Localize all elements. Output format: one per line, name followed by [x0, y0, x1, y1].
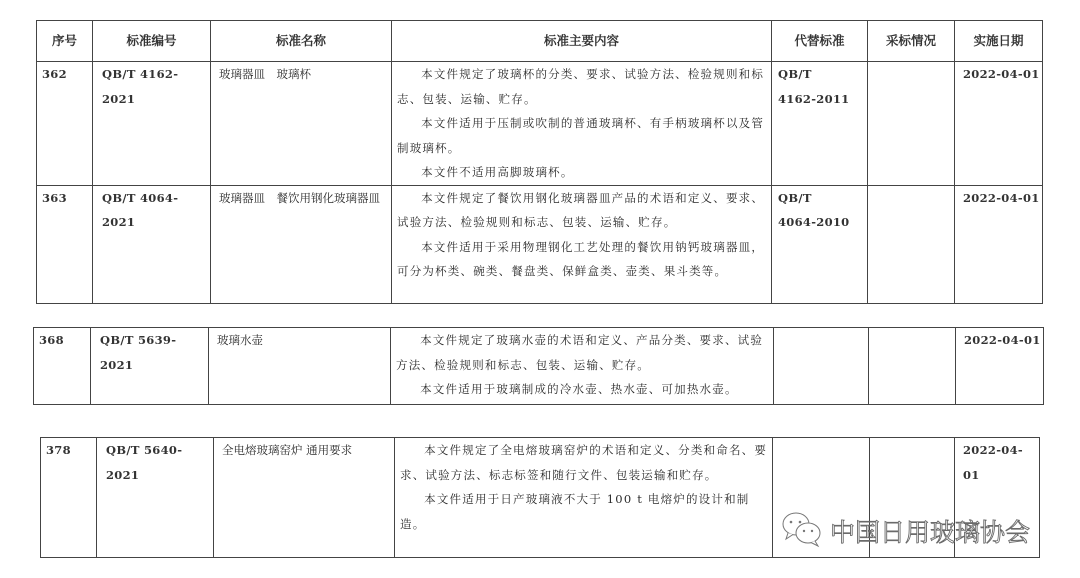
header-code: 标准编号: [93, 21, 211, 62]
standards-table-block-1: 序号 标准编号 标准名称 标准主要内容 代替标准 采标情况 实施日期 362 Q…: [36, 20, 1043, 304]
replaces-line: QB/T: [778, 62, 867, 87]
row-name: 玻璃器皿 玻璃杯: [211, 62, 392, 186]
row-adoption: [869, 328, 956, 405]
content-paragraph: 本文件规定了全电熔玻璃窑炉的术语和定义、分类和命名、要求、试验方法、标志标签和随…: [400, 438, 768, 487]
row-no: 363: [37, 185, 93, 303]
content-paragraph: 本文件适用于压制或吹制的普通玻璃杯、有手柄玻璃杯以及管制玻璃杯。: [397, 111, 767, 160]
row-date: 2022-04-01: [955, 185, 1043, 303]
replaces-line: 4162-2011: [778, 87, 867, 112]
row-name: 玻璃器皿 餐饮用钢化玻璃器皿: [211, 185, 392, 303]
row-replaces: QB/T 4064-2010: [772, 185, 868, 303]
row-content: 本文件规定了餐饮用钢化玻璃器皿产品的术语和定义、要求、试验方法、检验规则和标志、…: [392, 185, 772, 303]
row-content: 本文件规定了玻璃杯的分类、要求、试验方法、检验规则和标志、包装、运输、贮存。 本…: [392, 62, 772, 186]
row-adoption: [870, 438, 955, 558]
row-date: 2022-04-01: [956, 328, 1044, 405]
row-name: 玻璃水壶: [209, 328, 391, 405]
content-paragraph: 本文件适用于玻璃制成的冷水壶、热水壶、可加热水壶。: [396, 377, 769, 402]
row-no: 368: [34, 328, 91, 405]
table-row: 368 QB/T 5639-2021 玻璃水壶 本文件规定了玻璃水壶的术语和定义…: [34, 328, 1044, 405]
row-adoption: [868, 62, 955, 186]
content-paragraph: 本文件适用于日产玻璃液不大于 100 t 电熔炉的设计和制造。: [400, 487, 768, 536]
row-replaces: QB/T 4162-2011: [772, 62, 868, 186]
row-code: QB/T 4064-2021: [93, 185, 211, 303]
content-paragraph: 本文件规定了玻璃水壶的术语和定义、产品分类、要求、试验方法、检验规则和标志、包装…: [396, 328, 769, 377]
row-code: QB/T 5639-2021: [91, 328, 209, 405]
row-date: 2022-04-01: [955, 62, 1043, 186]
row-adoption: [868, 185, 955, 303]
header-content: 标准主要内容: [392, 21, 772, 62]
header-replaces: 代替标准: [772, 21, 868, 62]
standards-table-block-2: 368 QB/T 5639-2021 玻璃水壶 本文件规定了玻璃水壶的术语和定义…: [33, 327, 1044, 405]
standards-table-block-3: 378 QB/T 5640-2021 全电熔玻璃窑炉 通用要求 本文件规定了全电…: [40, 437, 1040, 558]
content-paragraph: 本文件不适用高脚玻璃杯。: [397, 160, 767, 185]
row-replaces: [774, 328, 869, 405]
table-row: 378 QB/T 5640-2021 全电熔玻璃窑炉 通用要求 本文件规定了全电…: [41, 438, 1040, 558]
row-code: QB/T 4162-2021: [93, 62, 211, 186]
header-adoption: 采标情况: [868, 21, 955, 62]
row-code: QB/T 5640-2021: [97, 438, 214, 558]
table-header-row: 序号 标准编号 标准名称 标准主要内容 代替标准 采标情况 实施日期: [37, 21, 1043, 62]
row-name: 全电熔玻璃窑炉 通用要求: [214, 438, 395, 558]
row-replaces: [773, 438, 870, 558]
row-content: 本文件规定了全电熔玻璃窑炉的术语和定义、分类和命名、要求、试验方法、标志标签和随…: [395, 438, 773, 558]
table-row: 363 QB/T 4064-2021 玻璃器皿 餐饮用钢化玻璃器皿 本文件规定了…: [37, 185, 1043, 303]
row-content: 本文件规定了玻璃水壶的术语和定义、产品分类、要求、试验方法、检验规则和标志、包装…: [391, 328, 774, 405]
row-date: 2022-04-01: [955, 438, 1040, 558]
replaces-line: 4064-2010: [778, 210, 867, 235]
header-name: 标准名称: [211, 21, 392, 62]
row-no: 362: [37, 62, 93, 186]
header-no: 序号: [37, 21, 93, 62]
header-date: 实施日期: [955, 21, 1043, 62]
content-paragraph: 本文件适用于采用物理钢化工艺处理的餐饮用钠钙玻璃器皿，可分为杯类、碗类、餐盘类、…: [397, 235, 767, 284]
replaces-line: QB/T: [778, 186, 867, 211]
content-paragraph: 本文件规定了餐饮用钢化玻璃器皿产品的术语和定义、要求、试验方法、检验规则和标志、…: [397, 186, 767, 235]
row-no: 378: [41, 438, 97, 558]
content-paragraph: 本文件规定了玻璃杯的分类、要求、试验方法、检验规则和标志、包装、运输、贮存。: [397, 62, 767, 111]
table-row: 362 QB/T 4162-2021 玻璃器皿 玻璃杯 本文件规定了玻璃杯的分类…: [37, 62, 1043, 186]
